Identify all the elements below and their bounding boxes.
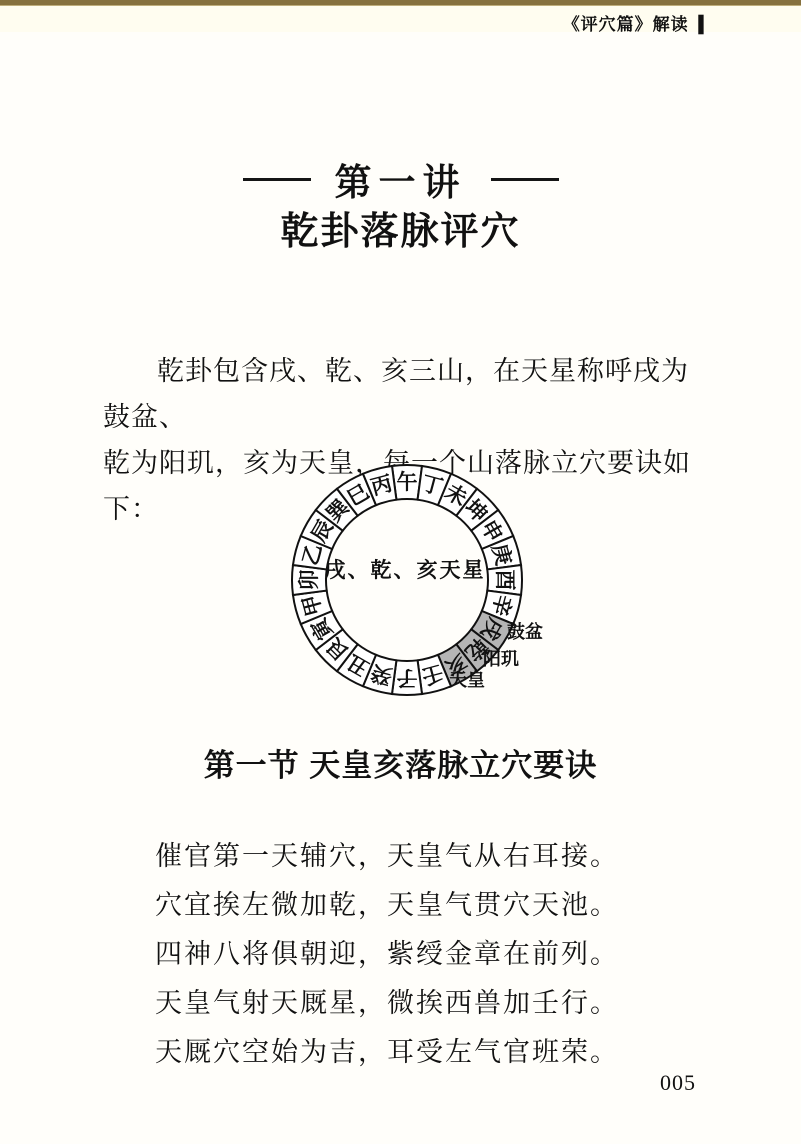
ring-char-子: 子 — [397, 666, 418, 690]
callout-tianhuang: 天皇 — [449, 669, 485, 690]
callout-yangji: 阳玑 — [483, 649, 519, 669]
chapter-title-row: 第一讲 — [0, 152, 801, 206]
page-number: 005 — [660, 1070, 696, 1096]
chapter-number: 第一讲 — [335, 152, 467, 206]
intro-line-1: 乾卦包含戌、乾、亥三山，在天星称呼戌为鼓盆、 — [103, 348, 703, 440]
verse-line: 催官第一天辅穴，天皇气从右耳接。 — [155, 832, 715, 881]
diagram-center-label: 戌、乾、亥天星 — [325, 558, 486, 582]
ring-char-酉: 酉 — [493, 570, 517, 591]
header-edge-mark: ▍ — [699, 17, 712, 34]
verse-line: 四神八将俱朝迎，紫绶金章在前列。 — [155, 930, 715, 979]
verse-line: 天厩穴空始为吉，耳受左气官班荣。 — [155, 1028, 715, 1077]
callout-gupen: 鼓盆 — [507, 621, 543, 642]
ring-char-卯: 卯 — [297, 570, 321, 591]
running-header: 《评穴篇》解读▍ — [0, 10, 712, 35]
title-dash-left — [243, 178, 311, 181]
running-title: 《评穴篇》解读 — [563, 15, 689, 34]
ring-char-午: 午 — [397, 470, 418, 494]
title-dash-right — [491, 178, 559, 181]
verse-block: 催官第一天辅穴，天皇气从右耳接。 穴宜挨左微加乾，天皇气贯穴天池。 四神八将俱朝… — [155, 832, 715, 1077]
compass-diagram: 午丁未坤申庚酉辛戌乾亥壬子癸丑艮寅甲卯乙辰巽巳丙 戌、乾、亥天星 鼓盆 阳玑 天… — [282, 462, 552, 702]
verse-line: 天皇气射天厩星，微挨西兽加壬行。 — [155, 979, 715, 1028]
chapter-name: 乾卦落脉评穴 — [0, 200, 801, 255]
section-heading: 第一节 天皇亥落脉立穴要诀 — [0, 740, 801, 785]
verse-line: 穴宜挨左微加乾，天皇气贯穴天池。 — [155, 881, 715, 930]
book-page: 《评穴篇》解读▍ 第一讲 乾卦落脉评穴 乾卦包含戌、乾、亥三山，在天星称呼戌为鼓… — [0, 0, 801, 1144]
